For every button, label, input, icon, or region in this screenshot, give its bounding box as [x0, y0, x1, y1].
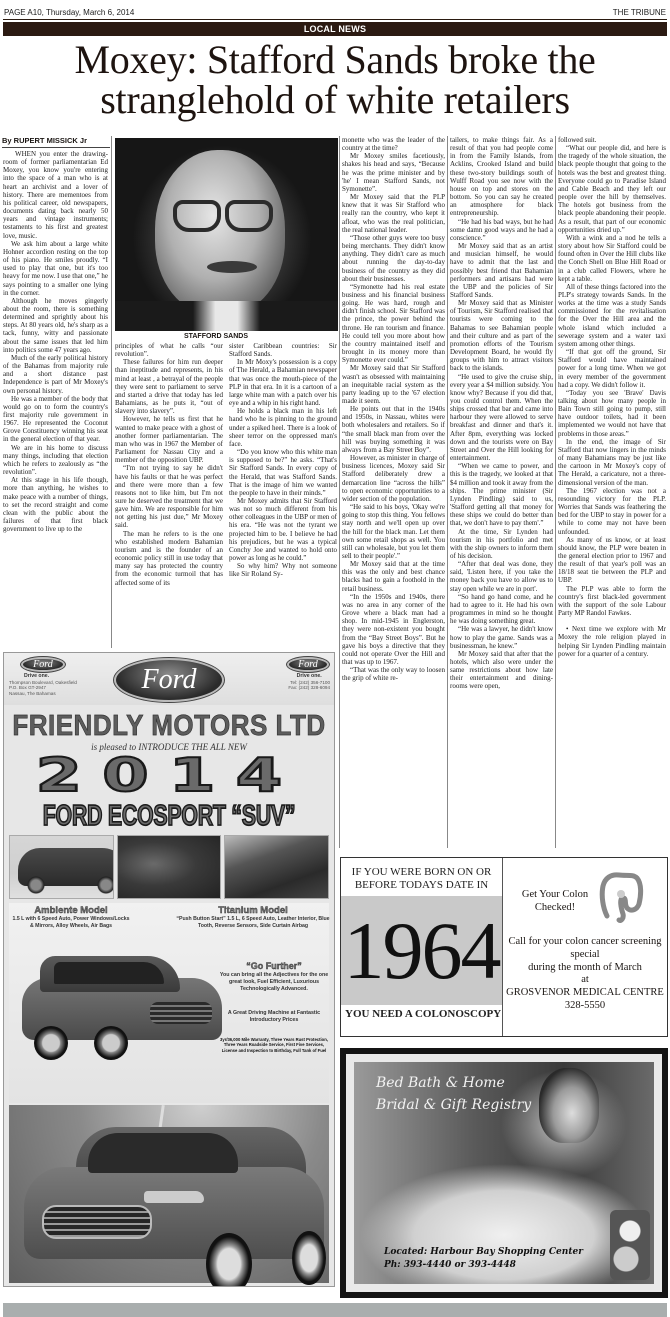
byline: By RUPERT MISSICK Jr [2, 136, 110, 148]
column-divider [111, 136, 112, 648]
paragraph: Mr Moxey admits that Sir Stafford was no… [229, 497, 337, 562]
headline-line-1: Moxey: Stafford Sands broke the [0, 40, 670, 80]
article-column-3: sister Caribbean countries: Sir Stafford… [229, 342, 337, 648]
bride-photo: Bed Bath & Home Bridal & Gift Registry L… [354, 1062, 654, 1284]
car-side-photo [22, 956, 222, 1061]
colon-anatomy-icon [597, 868, 645, 926]
car-grille [42, 1205, 152, 1239]
car-dashboard-photo [117, 835, 222, 899]
phone-text: Ph: 393-4440 or 393-4448 [384, 1259, 583, 1272]
paragraph: “I'm not trying to say he didn't have hi… [115, 464, 223, 529]
paragraph: tailers, to make things fair. As a resul… [450, 136, 553, 218]
paragraph: As many of us know, or at least should k… [558, 536, 666, 585]
column-divider [555, 136, 556, 848]
ford-logo-icon: Ford [287, 657, 329, 672]
car-wheel [34, 1026, 68, 1060]
photo-caption: STAFFORD SANDS [115, 333, 338, 340]
dealer-name: FRIENDLY MOTORS LTD [4, 708, 334, 743]
paragraph: “So hand go hand come, and he had to agr… [450, 593, 553, 626]
paragraph: The PLP was able to form the country's f… [558, 585, 666, 618]
car-wheel [206, 1233, 252, 1287]
paragraph: “Those other guys were too busy being me… [342, 234, 445, 283]
paragraph: However, he tells us first that he wante… [115, 415, 223, 464]
paragraph: All of these things factored into the PL… [558, 283, 666, 348]
paragraph: These failures for him run deeper than i… [115, 358, 223, 415]
paragraph: “Do you know who this white man is suppo… [229, 448, 337, 497]
paragraph: Mr Moxey said that Sir Stafford wasn't a… [342, 364, 445, 405]
paragraph: principles of what he calls “our revolut… [115, 342, 223, 358]
clinic-phone: 328-5550 [503, 1000, 667, 1013]
paragraph: We are in his home to discuss many thing… [3, 444, 108, 477]
article-column-6: followed suit. “What our people did, and… [558, 136, 666, 848]
folio-line: PAGE A10, Thursday, March 6, 2014 THE TR… [4, 6, 666, 18]
glasses-icon [225, 200, 273, 232]
paragraph: “Symonette had his real estate business … [342, 283, 445, 365]
paragraph: “He said to his boys, 'Okay we're going … [342, 503, 445, 560]
go-further-text: You can bring all the Adjectives for the… [219, 972, 329, 993]
address-line: Nassau, The Bahamas [9, 691, 77, 697]
article-column-5: tailers, to make things fair. As a resul… [450, 136, 553, 848]
folio-divider [3, 19, 667, 20]
body-line: Call for your colon cancer screening [503, 936, 667, 949]
photo-strip [9, 835, 329, 899]
ambiente-title: Ambiente Model [12, 905, 130, 916]
body-line: special [503, 949, 667, 962]
page-footer-bar [3, 1303, 667, 1317]
headline-line-2: stranglehold of white retailers [0, 80, 670, 120]
paragraph: “He was a lawyer, he didn't know how to … [450, 625, 553, 649]
article-column-4: monette who was the leader of the countr… [342, 136, 445, 848]
store-title: Bed Bath & Home Bridal & Gift Registry [376, 1072, 531, 1116]
bridal-registry-ad[interactable]: Bed Bath & Home Bridal & Gift Registry L… [340, 1048, 668, 1298]
bride-portrait [539, 1068, 599, 1143]
ford-ecosport-ad[interactable]: Ford Drive one. Thompson Boulevard, Oake… [3, 652, 335, 1287]
page-date: PAGE A10, Thursday, March 6, 2014 [4, 8, 134, 17]
paragraph: “When we came to power, and this is the … [450, 462, 553, 527]
paragraph: • Next time we explore with Mr Moxey the… [558, 625, 666, 658]
warranty-text: 3yr/36,000 Mile Warranty, Three Years Ru… [216, 1037, 332, 1053]
paragraph: “What our people did, and here is the tr… [558, 144, 666, 234]
colon-call-text: Call for your colon cancer screening spe… [503, 936, 667, 1013]
paragraph: We ask him about a large white Hohner ac… [3, 240, 108, 297]
car-wheel [94, 1026, 128, 1060]
flowers-decoration [610, 1210, 650, 1280]
paragraph: monette who was the leader of the countr… [342, 136, 445, 152]
born-question: IF YOU WERE BORN ON OR BEFORE TODAYS DAT… [341, 866, 502, 892]
paragraph: He holds a black man in his left hand wh… [229, 407, 337, 448]
go-further-title: “Go Further” [219, 961, 329, 971]
paragraph: Mr Moxey said that as an artist and musi… [450, 242, 553, 299]
paragraph: He was a member of the body that would g… [3, 395, 108, 444]
fax-number: Fax: (242) 328-6094 [288, 685, 330, 691]
titanium-features: “Push Button Start” 1.5 L, 6 Speed Auto,… [174, 916, 332, 930]
glasses-icon [173, 200, 221, 232]
body-line: at [503, 974, 667, 987]
paragraph: Although he moves gingerly about the roo… [3, 297, 108, 354]
paragraph: At the time, Sir Lynden had tourism in h… [450, 528, 553, 561]
car-seats-photo [224, 835, 329, 899]
paragraph: In the end, the image of Sir Stafford th… [558, 438, 666, 487]
car-headlamp [144, 1191, 204, 1203]
car-grille [150, 1002, 212, 1024]
paragraph: He points out that in the 1940s and 1950… [342, 405, 445, 454]
car-window [54, 962, 164, 984]
paragraph: “If that got off the ground, Sir Staffor… [558, 348, 666, 389]
paragraph: The man he refers to is the one who esta… [115, 530, 223, 587]
dealer-contact: Drive one. Tel: (242) 356-7100 Fax: (242… [288, 674, 330, 691]
paragraph: Mr Moxey smiles facetiously, shakes his … [342, 152, 445, 193]
ford-logo-icon: Ford [114, 658, 224, 702]
paragraph: However, as minister in charge of busine… [342, 454, 445, 503]
paragraph: WHEN you enter the drawing-room of forme… [3, 150, 108, 240]
paragraph: With a wink and a nod he tells a story a… [558, 234, 666, 283]
paragraph: “That was the only way to loosen the gri… [342, 666, 445, 682]
column-divider [339, 136, 340, 848]
location-text: Located: Harbour Bay Shopping Center [384, 1246, 583, 1259]
paragraph: At this stage in his life though, more t… [3, 476, 108, 533]
paragraph: “Today you see 'Brave' Davis talking abo… [558, 389, 666, 438]
clinic-name: GROSVENOR MEDICAL CENTRE [503, 987, 667, 1000]
car-front-photo [16, 1115, 326, 1283]
model-year: 2014 [3, 751, 335, 799]
paragraph: “He had his bad ways, but he had some da… [450, 218, 553, 242]
colon-ad-right: Get Your Colon Checked! Call for your co… [503, 858, 667, 1036]
store-name: Bed Bath & Home [376, 1072, 531, 1094]
colonoscopy-ad[interactable]: IF YOU WERE BORN ON OR BEFORE TODAYS DAT… [340, 857, 668, 1037]
paragraph: Mr Moxey said that as Minister of Touris… [450, 299, 553, 372]
article-column-2: principles of what he calls “our revolut… [115, 342, 223, 648]
paragraph: “He used to give the cruise ship, every … [450, 373, 553, 463]
paragraph: The 1967 election was not a resounding v… [558, 487, 666, 536]
paragraph: Mr Moxey said that the PLP knew that it … [342, 193, 445, 234]
paragraph: sister Caribbean countries: Sir Stafford… [229, 342, 337, 358]
car-wheel [292, 1231, 326, 1285]
car-exterior-photo [9, 835, 114, 899]
stafford-sands-photo [115, 138, 338, 331]
car-windshield [88, 1133, 238, 1173]
paragraph: “In the 1950s and 1940s, there was no ar… [342, 593, 445, 666]
article-headline: Moxey: Stafford Sands broke the strangle… [0, 40, 670, 120]
paragraph: In Mr Moxy's possession is a copy of The… [229, 358, 337, 407]
paragraph: So why him? Why not someone like Sir Rol… [229, 562, 337, 578]
ford-logo-icon: Ford [21, 657, 65, 672]
paragraph: followed suit. [558, 136, 666, 144]
portrait-suit [115, 301, 338, 331]
go-further-text-2: A Great Driving Machine at Fantastic Int… [219, 1010, 329, 1024]
section-label: LOCAL NEWS [3, 22, 667, 36]
dealer-address: Drive one. Thompson Boulevard, Oakesfiel… [9, 674, 77, 696]
model-name: FORD ECOSPORT “SUV” [16, 799, 323, 833]
birth-year: 1964 [341, 896, 502, 1005]
registry-label: Bridal & Gift Registry [376, 1094, 531, 1116]
store-location: Located: Harbour Bay Shopping Center Ph:… [384, 1246, 583, 1272]
colon-ad-left: IF YOU WERE BORN ON OR BEFORE TODAYS DAT… [341, 858, 503, 1036]
need-colonoscopy: YOU NEED A COLONOSCOPY [345, 1008, 501, 1020]
colon-headline: Get Your Colon Checked! [509, 888, 601, 914]
newspaper-name: THE TRIBUNE [613, 8, 666, 17]
titanium-title: Titanium Model [174, 905, 332, 916]
paragraph: “After that deal was done, they said, 'L… [450, 560, 553, 593]
bridal-ad-frame: Bed Bath & Home Bridal & Gift Registry L… [346, 1054, 662, 1292]
paragraph: Mr Moxey said that after that the hotels… [450, 650, 553, 691]
paragraph: Mr Moxey said that at the time this was … [342, 560, 445, 593]
portrait-mouth [207, 261, 257, 273]
column-divider [447, 136, 448, 848]
ambiente-features: 1.5 L with 6 Speed Auto, Power Windows/L… [12, 916, 130, 930]
paragraph: Much of the early political history of t… [3, 354, 108, 395]
body-line: during the month of March [503, 962, 667, 975]
portrait-face [155, 150, 285, 315]
article-column-1: WHEN you enter the drawing-room of forme… [3, 150, 108, 650]
